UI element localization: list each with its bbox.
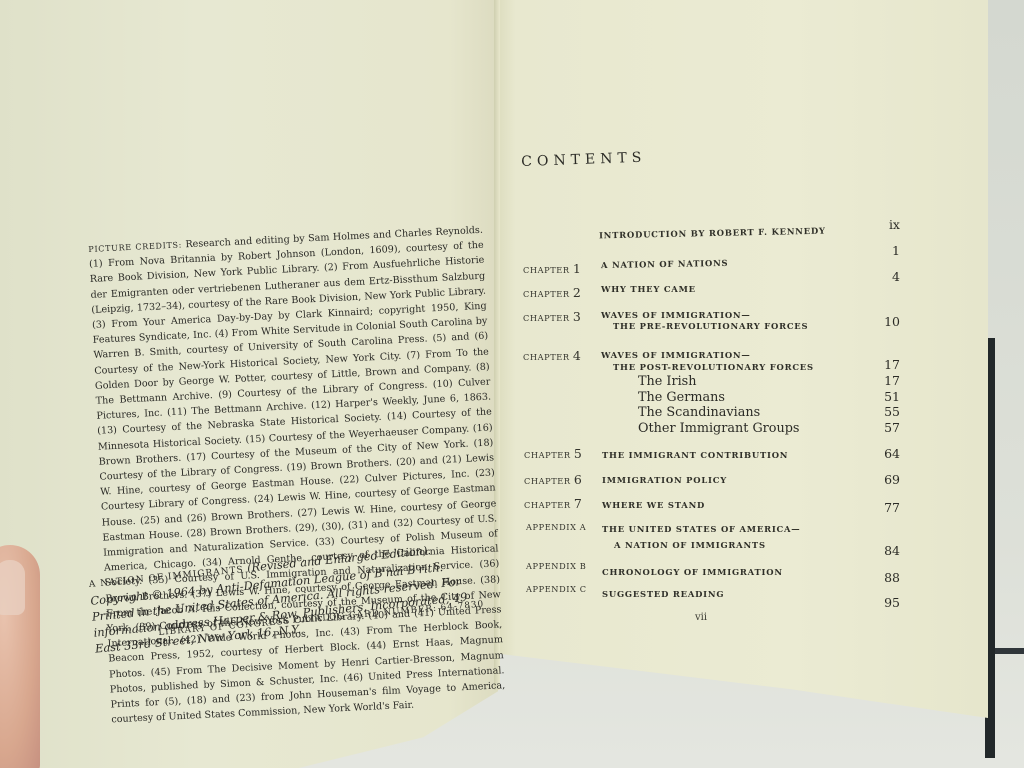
toc-entry-title: Waves of Immigration—	[601, 350, 751, 360]
toc-page-number: ix	[860, 217, 900, 232]
toc-label: Chapter 6	[524, 472, 582, 487]
toc-entry-title-line2: The Post-Revolutionary Forces	[613, 362, 814, 372]
toc-page-number: 17	[860, 357, 900, 372]
toc-label: Chapter 4	[523, 348, 581, 363]
toc-entry-title-line2: The Pre-Revolutionary Forces	[613, 321, 808, 331]
toc-page-number: 17	[860, 373, 900, 388]
toc-page-number: 88	[860, 570, 900, 585]
toc-entry-title: Introduction by Robert F. Kennedy	[599, 226, 826, 241]
toc-label: Chapter 2	[523, 285, 581, 300]
toc-subsection: Other Immigrant Groups	[638, 421, 800, 436]
toc-page-number: 10	[860, 314, 900, 329]
toc-entry-title: Suggested Reading	[602, 589, 724, 599]
toc-label: Appendix B	[526, 561, 586, 571]
toc-page-number: 77	[860, 500, 900, 515]
toc-page-number: 69	[860, 472, 900, 487]
toc-page-number: 55	[860, 404, 900, 419]
toc-label: Chapter 1	[523, 261, 581, 276]
toc-entry-title: The United States of America—	[602, 524, 800, 534]
toc-label: Chapter 3	[523, 309, 581, 324]
toc-entry-title-line2: A Nation of Immigrants	[614, 540, 766, 550]
toc-entry-title: Immigration Policy	[602, 475, 727, 485]
toc-page-number: 1	[860, 243, 900, 258]
toc-subsection: The Irish	[638, 374, 697, 389]
toc-subsection: The Germans	[638, 390, 725, 405]
toc-entry-title: Where We Stand	[602, 500, 705, 510]
page-number-folio: vii	[695, 612, 707, 623]
toc-entry-title: A Nation of Nations	[601, 258, 728, 270]
toc-page-number: 64	[860, 446, 900, 461]
toc-page-number: 57	[860, 420, 900, 435]
toc-subsection: The Scandinavians	[638, 405, 760, 420]
toc-label: Chapter 7	[524, 496, 582, 511]
toc-page-number: 51	[860, 389, 900, 404]
toc-page-number: 4	[860, 269, 900, 284]
table-of-contents: Introduction by Robert F. Kennedy ix Cha…	[0, 0, 1024, 768]
toc-entry-title: Waves of Immigration—	[601, 310, 751, 320]
toc-entry-title: Why They Came	[601, 284, 696, 294]
toc-entry-title: Chronology of Immigration	[602, 567, 783, 577]
toc-page-number: 95	[860, 595, 900, 610]
toc-page-number: 84	[860, 543, 900, 558]
toc-label: Appendix A	[526, 522, 586, 532]
toc-label: Chapter 5	[524, 446, 582, 461]
toc-entry-title: The Immigrant Contribution	[602, 450, 788, 460]
toc-label: Appendix C	[526, 584, 587, 594]
